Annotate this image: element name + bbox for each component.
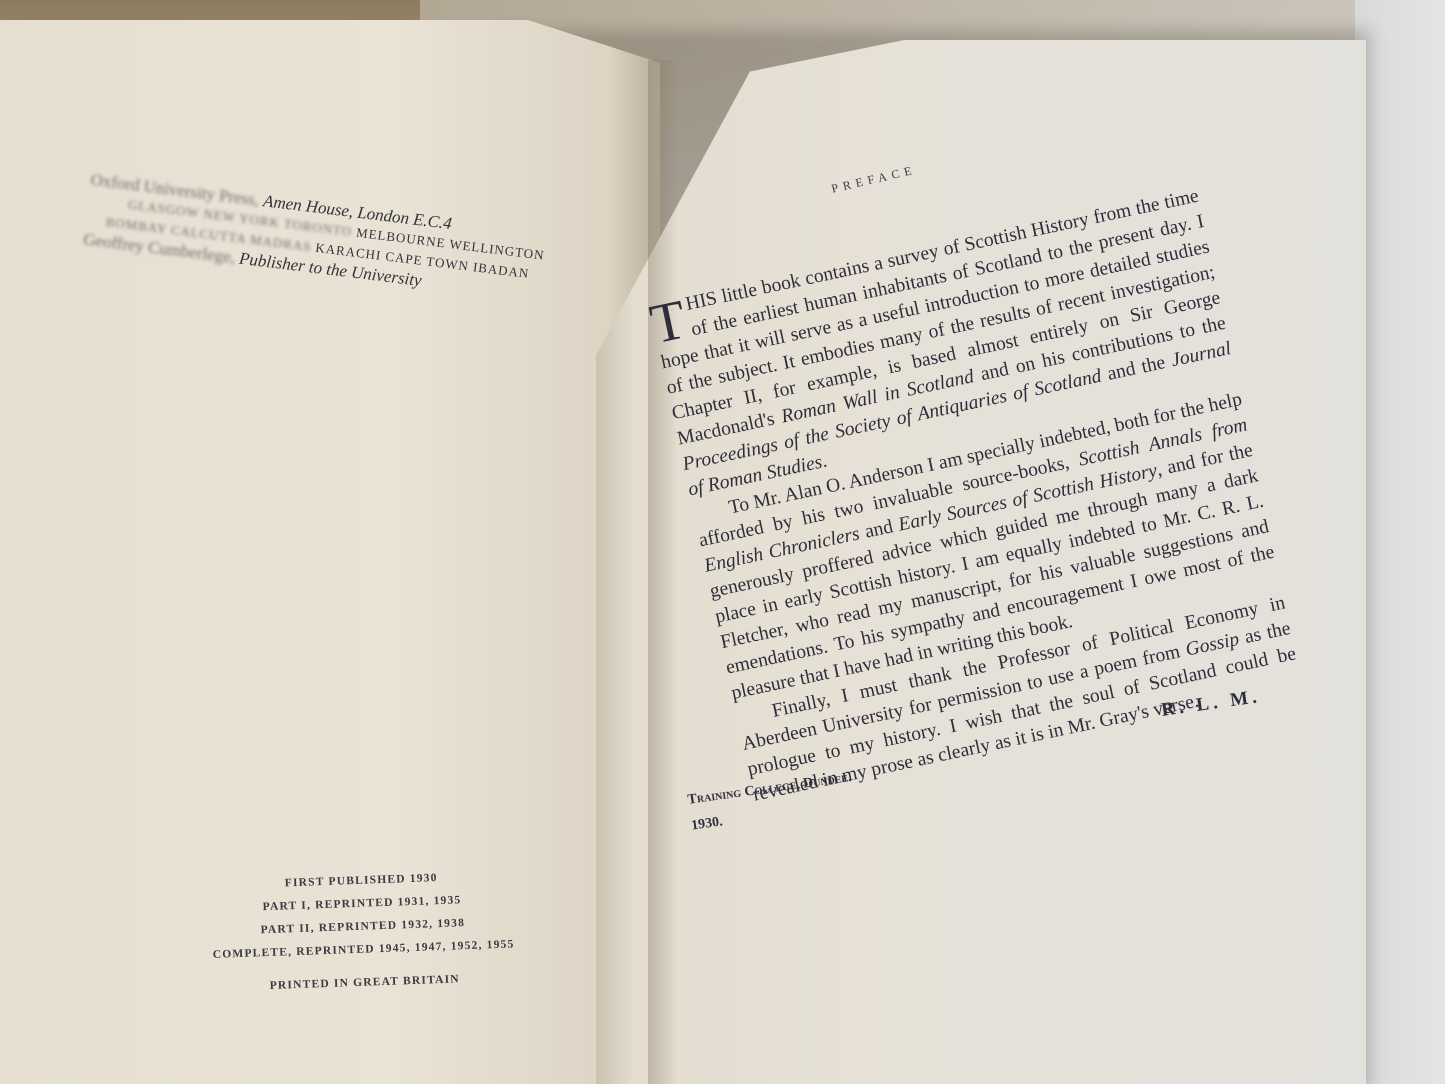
colophon: FIRST PUBLISHED 1930 PART I, REPRINTED 1… [210, 864, 516, 999]
book-gutter [648, 60, 678, 1084]
text: and [857, 515, 901, 544]
